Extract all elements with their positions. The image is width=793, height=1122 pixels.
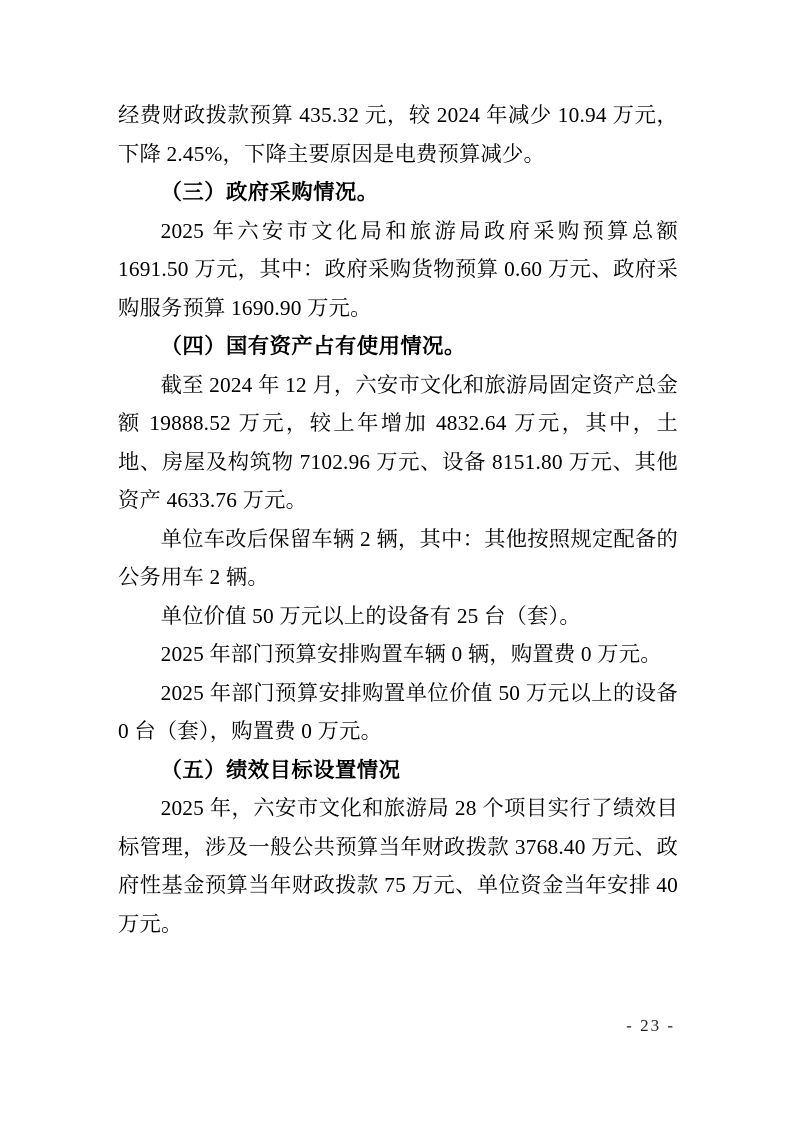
document-page: 经费财政拨款预算 435.32 元，较 2024 年减少 10.94 万元，下降… [0, 0, 793, 1122]
section-heading: （三）政府采购情况。 [118, 173, 678, 212]
body-paragraph: 截至 2024 年 12 月，六安市文化和旅游局固定资产总金额 19888.52… [118, 366, 678, 520]
body-paragraph: 经费财政拨款预算 435.32 元，较 2024 年减少 10.94 万元，下降… [118, 96, 678, 173]
document-body: 经费财政拨款预算 435.32 元，较 2024 年减少 10.94 万元，下降… [118, 96, 678, 943]
body-paragraph: 2025 年部门预算安排购置车辆 0 辆，购置费 0 万元。 [118, 635, 678, 674]
body-paragraph: 单位车改后保留车辆 2 辆，其中：其他按照规定配备的公务用车 2 辆。 [118, 520, 678, 597]
body-paragraph: 2025 年六安市文化局和旅游局政府采购预算总额 1691.50 万元，其中：政… [118, 212, 678, 328]
body-paragraph: 2025 年，六安市文化和旅游局 28 个项目实行了绩效目标管理，涉及一般公共预… [118, 789, 678, 943]
body-paragraph: 2025 年部门预算安排购置单位价值 50 万元以上的设备 0 台（套），购置费… [118, 674, 678, 751]
body-paragraph: 单位价值 50 万元以上的设备有 25 台（套）。 [118, 597, 678, 636]
section-heading: （四）国有资产占有使用情况。 [118, 327, 678, 366]
page-number: - 23 - [626, 1014, 675, 1038]
section-heading: （五）绩效目标设置情况 [118, 751, 678, 790]
